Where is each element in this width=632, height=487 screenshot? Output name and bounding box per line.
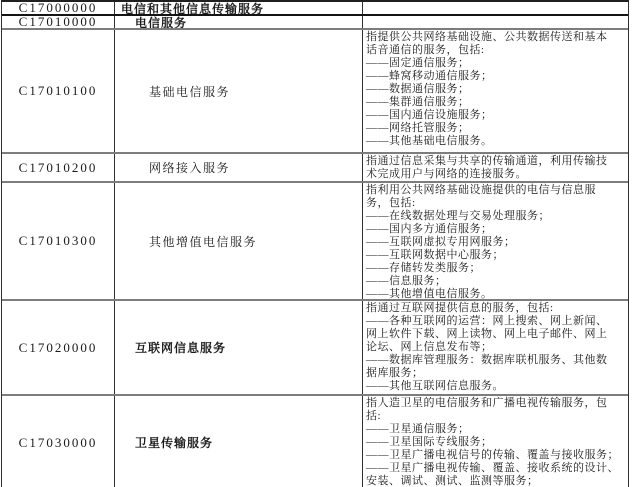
description-cell: 指人造卫星的电信服务和广播电视传输服务，包 括: ——卫星通信服务； ——卫星国… <box>363 396 628 487</box>
description-cell: 指提供公共网络基础设施、公共数据传送和基本 话音通信的服务，包括: ——固定通信… <box>363 30 628 152</box>
name-cell: 其他增值电信服务 <box>115 183 363 299</box>
code-cell: C17030000 <box>2 396 115 487</box>
description-cell <box>363 16 628 28</box>
description-cell <box>363 2 628 14</box>
description-cell: 指通过互联网提供信息的服务，包括: ——各种互联网的运营：网上搜索、网上新闻、 … <box>363 301 628 394</box>
name-cell: 电信服务 <box>115 16 363 28</box>
name-cell: 互联网信息服务 <box>115 301 363 394</box>
description-cell: 指通过信息采集与共享的传输通道，利用传输技 术完成用户与网络的连接服务。 <box>363 154 628 181</box>
table-row: C17020000 互联网信息服务 指通过互联网提供信息的服务，包括: ——各种… <box>2 301 628 396</box>
table-row: C17030000 卫星传输服务 指人造卫星的电信服务和广播电视传输服务，包 括… <box>2 396 628 487</box>
name-cell: 电信和其他信息传输服务 <box>115 2 363 14</box>
table-row: C17000000 电信和其他信息传输服务 <box>2 2 628 16</box>
name-cell: 卫星传输服务 <box>115 396 363 487</box>
name-cell: 网络接入服务 <box>115 154 363 181</box>
code-cell: C17010000 <box>2 16 115 28</box>
table-row: C17010300 其他增值电信服务 指利用公共网络基础设施提供的电信与信息服 … <box>2 183 628 301</box>
name-cell: 基础电信服务 <box>115 30 363 152</box>
description-cell: 指利用公共网络基础设施提供的电信与信息服 务，包括: ——在线数据处理与交易处理… <box>363 183 628 299</box>
table-row: C17010200 网络接入服务 指通过信息采集与共享的传输通道，利用传输技 术… <box>2 154 628 183</box>
table-row: C17010100 基础电信服务 指提供公共网络基础设施、公共数据传送和基本 话… <box>2 30 628 154</box>
code-cell: C17010200 <box>2 154 115 181</box>
code-cell: C17010300 <box>2 183 115 299</box>
table-row: C17010000 电信服务 <box>2 16 628 30</box>
classification-table: C17000000 电信和其他信息传输服务 C17010000 电信服务 C17… <box>1 0 629 487</box>
code-cell: C17000000 <box>2 2 115 14</box>
code-cell: C17010100 <box>2 30 115 152</box>
code-cell: C17020000 <box>2 301 115 394</box>
classification-document-page: C17000000 电信和其他信息传输服务 C17010000 电信服务 C17… <box>0 0 632 487</box>
